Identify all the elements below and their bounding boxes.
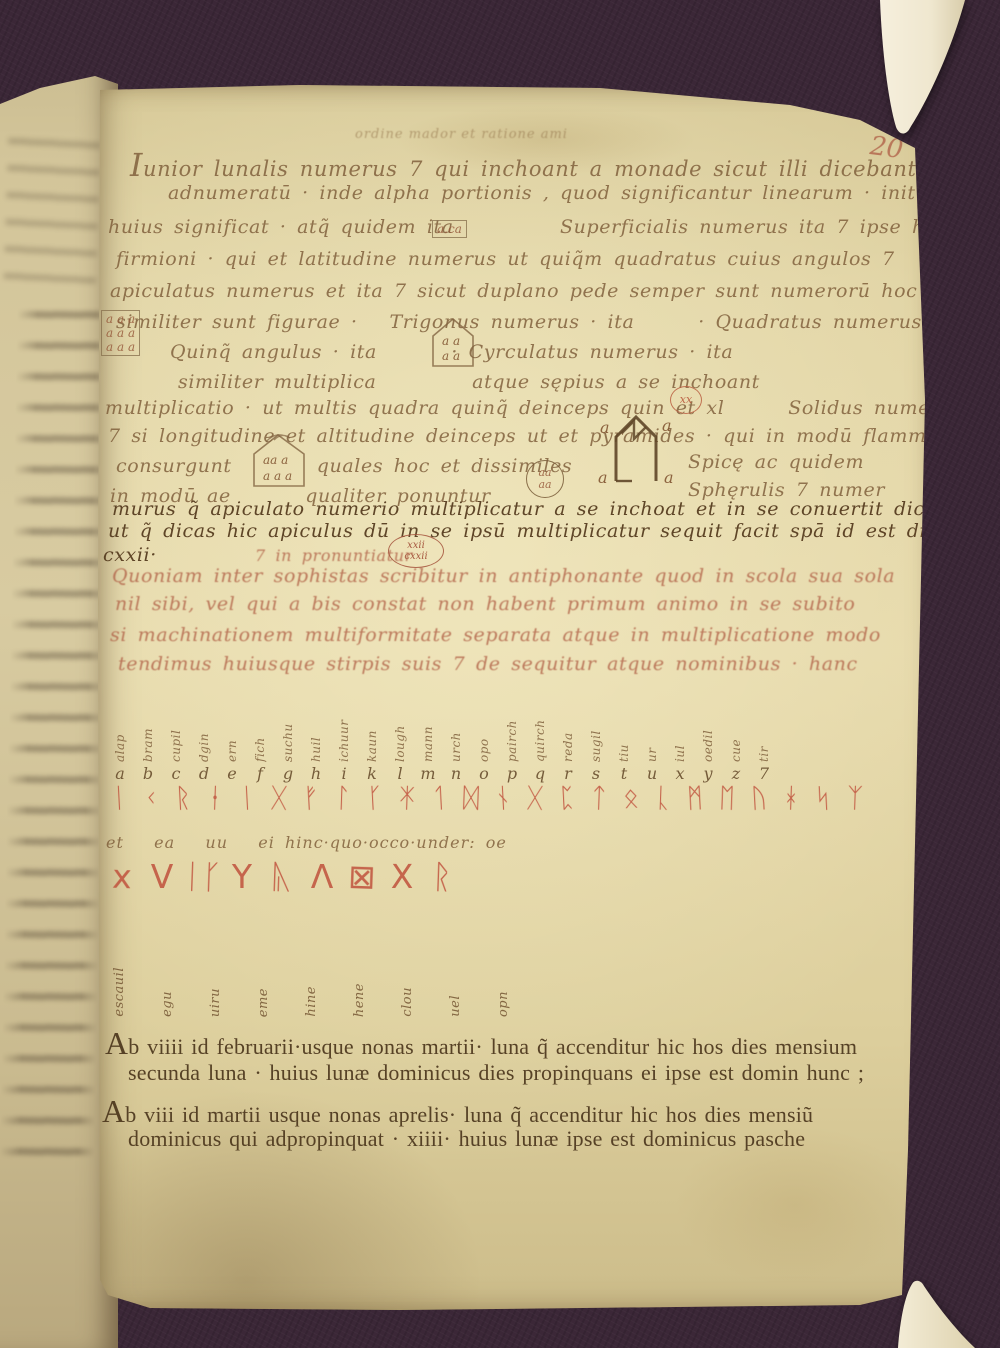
rune-name-label: opn: [496, 991, 511, 1017]
rune-name-column: eme: [239, 923, 287, 1017]
diagram-spica-arch: a a a a: [592, 405, 684, 487]
bottom-text-line: dominicus qui adpropinquat · xiiii· huiu…: [128, 1126, 805, 1152]
rune-glyph: ᚷ: [518, 782, 551, 814]
rune-glyph: Λ: [302, 857, 342, 896]
rune-glyph: ᚢ: [742, 782, 776, 815]
faint-header: ordine mador et ratione ami: [355, 127, 568, 142]
rune-name-column: uel: [431, 923, 479, 1017]
rune-column: lough l: [386, 685, 414, 783]
rune-glyph: ᚳ: [646, 782, 679, 814]
rune-name-label: suchu: [281, 686, 295, 762]
rune-column: iul x: [666, 685, 694, 783]
rune-name-label: cupil: [169, 686, 183, 762]
rune-name-label: uel: [448, 995, 463, 1017]
rune-glyph: ᚷ: [262, 782, 295, 814]
latin-letter-label: z: [732, 764, 740, 783]
rune-name-label: huil: [309, 686, 323, 762]
text-line: similiter sunt figurae · Trigonus numeru…: [116, 311, 959, 333]
text-fragment-spica: Spicę ac quidem: [688, 451, 864, 473]
rune-glyph: ᚱ: [166, 782, 200, 815]
rune-glyph: ᚠ: [294, 782, 328, 815]
latin-letter-label: q: [535, 764, 545, 783]
rune-name-column: clou: [383, 923, 431, 1017]
latin-letter-label: a: [115, 764, 125, 783]
text-line: adnumeratū · inde alpha portionis , quod…: [168, 182, 1000, 204]
bottom-text-line: secunda luna · huius lunæ dominicus dies…: [128, 1060, 864, 1086]
rune-column: alap a: [106, 685, 134, 783]
latin-letter-label: h: [311, 764, 321, 783]
gloss-line: et ea uu ei hinc·quo·occo·under: oe: [106, 833, 507, 852]
rune-column: ichuur i: [330, 685, 358, 783]
rune-name-label: iul: [673, 686, 687, 762]
svg-text:a a a: a a a: [263, 469, 292, 483]
latin-letter-label: c: [172, 764, 181, 783]
rune-column: ern e: [218, 685, 246, 783]
rune-name-column: egu: [143, 923, 191, 1017]
latin-letter-label: b: [143, 764, 153, 783]
rune-name-label: dgin: [197, 686, 211, 762]
diagram-row: xxii: [407, 540, 425, 551]
rune-column: sugil s: [582, 685, 610, 783]
rune-name-label: clou: [400, 987, 415, 1017]
latin-letter-label: o: [479, 764, 489, 783]
rune-column: urch n: [442, 685, 470, 783]
red-text-line: Quoniam inter sophistas scribitur in ant…: [112, 565, 895, 587]
diagram-circle-aa: aa aa: [526, 460, 564, 498]
diagram-rect-label: a.ca: [432, 220, 467, 238]
diagram-row: aa: [538, 479, 551, 491]
text-line: 7 si longitudine et altitudine deinceps …: [108, 425, 938, 447]
svg-text:a: a: [664, 468, 674, 487]
svg-text:aa a: aa a: [263, 453, 288, 467]
rune-glyph: ⊠: [341, 856, 382, 896]
manuscript-photo: ordine mador et ratione ami 20 Iunior lu…: [0, 0, 1000, 1348]
rune-name-label: ichuur: [337, 686, 351, 762]
rune-column: kaun k: [358, 685, 386, 783]
rune-glyph: ᚼ: [774, 782, 807, 814]
bottom-text-line: Ab viii id martii usque nonas aprelis· l…: [102, 1094, 813, 1130]
ghost-text-bleed: [0, 294, 115, 1166]
rune-row-2: xVᛁᚴYᚣΛ⊠Xᚱ: [102, 857, 462, 896]
latin-letter-label: r: [564, 764, 572, 783]
rune-glyph: ᛉ: [838, 782, 871, 814]
rune-name-label: egu: [160, 991, 175, 1017]
text-fragment-cxxii: cxxii·: [103, 544, 157, 566]
diagram-pentagon-house-2: aa a a a a: [246, 428, 314, 490]
rune-glyph: ᛁᚴ: [181, 856, 222, 896]
rune-name-label: eme: [256, 988, 271, 1017]
rune-name-column: escauil: [95, 923, 143, 1017]
rune-column: ur u: [638, 685, 666, 783]
rune-column: reda r: [554, 685, 582, 783]
rune-name-label: lough: [393, 686, 407, 762]
latin-letter-label: m: [420, 764, 435, 783]
text-line: similiter multiplica atque sępius a se i…: [178, 371, 760, 393]
manuscript-page: ordine mador et ratione ami 20 Iunior lu…: [95, 85, 935, 1317]
svg-text:a a: a a: [442, 349, 460, 363]
rune-name-label: bram: [141, 686, 155, 762]
latin-letter-label: p: [507, 764, 517, 783]
text-line: consurgunt quales hoc et dissimiles: [116, 455, 572, 477]
rune-name-label: hene: [352, 983, 367, 1017]
rune-column: fich f: [246, 685, 274, 783]
rune-glyph: ᛈ: [550, 782, 584, 815]
rune-column: cue z: [722, 685, 750, 783]
rune-glyph: ᛚ: [326, 782, 359, 814]
rune-name-label: fich: [253, 686, 267, 762]
rune-name-label: hine: [304, 986, 319, 1017]
rune-name-label: alap: [113, 686, 127, 762]
rune-column: quirch q: [526, 685, 554, 783]
rune-glyph: ᚣ: [261, 856, 302, 896]
rune-name-label: kaun: [365, 686, 379, 762]
red-text-line: tendimus huiusque stirpis suis 7 de sequ…: [118, 653, 858, 675]
rune-column: bram b: [134, 685, 162, 783]
rune-name-label: oedil: [701, 686, 715, 762]
rune-glyph: X: [382, 857, 422, 896]
diagram-row: a a a: [106, 312, 135, 326]
rune-glyph: ᛁ: [102, 782, 136, 815]
latin-letter-label: u: [647, 764, 657, 783]
rune-glyph-row: ᛁᚲᚱᛂᛁᚷᚠᛚᚴᛡᛐᛞᚾᚷᛈᛏᛟᚳᛗᛖᚢᚼᛋᛉ: [103, 783, 871, 814]
rune-glyph: x: [101, 856, 142, 896]
latin-letter-label: f: [257, 764, 263, 783]
latin-letter-label: s: [592, 764, 600, 783]
rune-column: cupil c: [162, 685, 190, 783]
svg-text:a: a: [662, 416, 672, 435]
red-text-line: si machinationem multiformitate separata…: [110, 624, 881, 646]
diagram-square-of-a: a a a a a a a a a: [101, 310, 140, 356]
rune-glyph: ᚾ: [486, 782, 520, 815]
svg-text:a: a: [600, 418, 610, 437]
latin-letter-label: i: [341, 764, 346, 783]
rune-name-column: hine: [287, 923, 335, 1017]
latin-letter-label: g: [283, 764, 293, 783]
rune-glyph: ᛖ: [710, 782, 743, 814]
text-line: multiplicatio · ut multis quadra quinq̃ …: [105, 397, 963, 419]
bone-pointer-top: [860, 0, 970, 150]
rune-glyph: ᚲ: [134, 782, 167, 814]
rune-column: suchu g: [274, 685, 302, 783]
rune-name-label: quirch: [533, 686, 547, 762]
rune-name-label: escauil: [112, 967, 127, 1017]
svg-text:a a: a a: [442, 334, 460, 348]
svg-text:a: a: [598, 468, 608, 487]
rune-row-2-names: escauil egu uiru eme hine hene clou uel …: [95, 923, 527, 1017]
rune-name-label: uiru: [208, 988, 223, 1017]
text-line: apiculatus numerus et ita 7 sicut duplan…: [110, 280, 917, 302]
latin-letter-label: y: [703, 764, 712, 783]
text-line: huius significat · atq̃ quidem ita Super…: [108, 216, 937, 238]
red-text-line: nil sibi, vel qui a bis constat non habe…: [115, 593, 855, 615]
text-line: Iunior lunalis numerus 7 qui inchoant a …: [130, 148, 942, 184]
rune-name-column: opn: [479, 923, 527, 1017]
rune-column: pairch p: [498, 685, 526, 783]
rune-name-label: reda: [561, 686, 575, 762]
latin-letter-label: e: [227, 764, 236, 783]
latin-letter-label: t: [621, 764, 627, 783]
rune-column: opo o: [470, 685, 498, 783]
latin-letter-label: 7: [759, 764, 769, 783]
rune-glyph: ᛡ: [390, 782, 423, 814]
rune-glyph: ᛂ: [198, 782, 231, 814]
rune-name-column: uiru: [191, 923, 239, 1017]
latin-letter-label: x: [675, 764, 684, 783]
diagram-row: a a a: [106, 340, 135, 354]
diagram-row: cxxii: [404, 551, 427, 562]
rune-glyph: ᚴ: [358, 782, 392, 815]
latin-letter-label: n: [451, 764, 461, 783]
rune-name-column: hene: [335, 923, 383, 1017]
rune-column: tiu t: [610, 685, 638, 783]
rune-column: tir 7: [750, 685, 778, 783]
rune-column: huil h: [302, 685, 330, 783]
rune-glyph: ᛟ: [614, 782, 648, 815]
rune-glyph: V: [142, 857, 182, 896]
diagram-circle-xl: xx: [670, 386, 702, 414]
text-line-dark: murus q̃ apiculato numerio multiplicatur…: [112, 498, 931, 520]
rune-glyph: ᛋ: [806, 782, 840, 815]
rune-glyph: ᚱ: [421, 856, 462, 896]
rune-glyph: ᛐ: [422, 782, 456, 815]
diagram-pentagon-house-1: a a a a: [426, 314, 480, 370]
rune-alphabet-names-letters: alap a bram b cupil c dgin d ern e fich …: [106, 685, 778, 783]
rune-column: mann m: [414, 685, 442, 783]
rune-name-label: mann: [421, 686, 435, 762]
rune-name-label: ur: [645, 686, 659, 762]
bone-pointer-bottom: [860, 1270, 1000, 1348]
latin-letter-label: l: [397, 764, 402, 783]
rune-glyph: ᛞ: [454, 782, 487, 814]
text-line-dark: ut q̃ dicas hic apiculus dū in se ipsū m…: [108, 520, 958, 542]
rune-name-label: urch: [449, 686, 463, 762]
rune-column: oedil y: [694, 685, 722, 783]
ghost-text-bleed-top: [3, 118, 101, 301]
rune-glyph: Y: [222, 857, 262, 896]
rune-name-label: opo: [477, 686, 491, 762]
rune-name-label: cue: [729, 686, 743, 762]
rune-name-label: pairch: [505, 686, 519, 762]
latin-letter-label: k: [367, 764, 377, 783]
rune-name-label: tir: [757, 686, 771, 762]
rune-name-label: tiu: [617, 686, 631, 762]
text-line: firmioni · qui et latitudine numerus ut …: [116, 248, 895, 270]
rune-glyph: ᛏ: [582, 782, 615, 814]
latin-letter-label: d: [199, 764, 209, 783]
bottom-text-line: Ab viiii id februarii·usque nonas martii…: [105, 1026, 857, 1062]
rune-column: dgin d: [190, 685, 218, 783]
rune-name-label: sugil: [589, 686, 603, 762]
rune-glyph: ᛁ: [230, 782, 264, 815]
diagram-oval-xxii: xxii cxxii: [388, 534, 444, 568]
diagram-row: a a a: [106, 326, 135, 340]
rune-glyph: ᛗ: [678, 782, 712, 815]
rune-name-label: ern: [225, 686, 239, 762]
